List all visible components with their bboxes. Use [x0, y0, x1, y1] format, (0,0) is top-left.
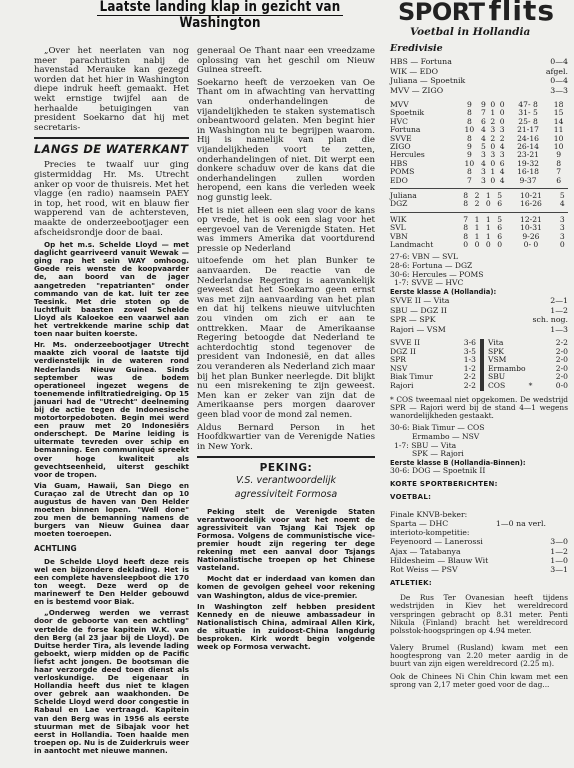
- match: Feyenoord — Lanerossi: [390, 537, 483, 546]
- eredivisie-results: HBS — Fortuna0—4 WIK — EDOafgel. Juliana…: [390, 57, 568, 95]
- match: HBS — Fortuna: [390, 57, 452, 66]
- score: 2-2: [464, 382, 476, 391]
- standings-goals: 16-26: [505, 200, 556, 208]
- peking-subtitle-1: V.S. verantwoordelijk: [197, 474, 375, 488]
- paragraph: Peking stelt de Verenigde Staten verantw…: [197, 508, 375, 573]
- standings-pts: 4: [557, 200, 568, 208]
- korte-sportberichten-title: KORTE SPORTBERICHTEN:: [390, 480, 568, 489]
- standings-row: EDO73049-376: [390, 177, 568, 185]
- score: 0-0: [556, 382, 568, 391]
- paragraph: Hr. Ms. onderzeebootjager Utrecht maakte…: [34, 341, 189, 479]
- paragraph: De Rus Ter Ovanesian heeft tijdens wedst…: [390, 594, 568, 635]
- standings-table: MVV990047- 818Spoetnik871031- 515HVC8620…: [390, 101, 568, 185]
- standings-p: 0: [460, 241, 471, 249]
- standings-d: 0: [488, 177, 497, 185]
- result-row: Ajax — Tatabanya1—2: [390, 547, 568, 556]
- column-bar: [480, 339, 484, 391]
- atletiek-title: ATLETIEK:: [390, 579, 568, 588]
- score: afgel.: [546, 67, 568, 76]
- result-row: MVV — ZIGO3—3: [390, 86, 568, 95]
- result-row: SBU — DGZ II1—2: [390, 306, 568, 315]
- match: WIK — EDO: [390, 67, 438, 76]
- result-row: HBS — Fortuna0—4: [390, 57, 568, 66]
- match: SBU — DGZ II: [390, 306, 447, 315]
- match: SVVE II — Vita: [390, 296, 449, 305]
- standings-row: SVL811610-313: [390, 224, 568, 232]
- sport-logo-big: flits: [489, 0, 555, 27]
- result-row: Juliana — Spoetnik0—4: [390, 76, 568, 85]
- intertoto-label: interioto-kompetitie:: [390, 529, 568, 538]
- klasse-a-fixtures: 30-6: Biak Timur — COS Ermambo — NSV 1-7…: [390, 424, 568, 476]
- standings-row: HBS1040619-328: [390, 160, 568, 168]
- section-heading-waterkant: LANGS DE WATERKANT: [34, 142, 189, 156]
- team: Rajori: [390, 382, 413, 391]
- score: 1—3: [550, 325, 568, 334]
- match: Ajax — Tatabanya: [390, 547, 461, 556]
- paragraph: „Onderweg werden we verrast door de gebo…: [34, 609, 189, 755]
- match: Rajori — VSM: [390, 325, 446, 334]
- team: COS: [488, 382, 505, 391]
- paragraph: Ook de Chinees Ni Chin Chin kwam met een…: [390, 673, 568, 690]
- score: 3—1: [550, 565, 568, 574]
- peking-title: PEKING:: [197, 464, 375, 473]
- eredivisie-title: Eredivisie: [390, 44, 568, 53]
- score: 1—0 na verl.: [496, 519, 546, 528]
- divider: [197, 456, 375, 458]
- paragraph: Soekarno heeft de verzoeken van Oe Thant…: [197, 79, 375, 204]
- sport-section-title: Voetbal in Hollandia: [410, 26, 530, 38]
- match: Juliana — Spoetnik: [390, 76, 465, 85]
- divider: [390, 212, 568, 213]
- cos-note: * COS tweemaal niet opgekomen. De wedstr…: [390, 396, 568, 421]
- fixture: 1-7: SVVE — HVC: [390, 279, 568, 288]
- sport-logo: SPORTflits: [398, 0, 568, 27]
- standings-p: 7: [460, 177, 479, 185]
- result-row: SVVE II — Vita2—1: [390, 296, 568, 305]
- fixture: SPK — Rajori: [390, 450, 568, 459]
- klasse-a-standings: SVVE II3-6DGZ II3-5SPR1-3NSV1-2Biak Timu…: [390, 339, 568, 391]
- paragraph: Op het m.s. Schelde Lloyd — met daglicht…: [34, 241, 189, 338]
- standings-d: 0: [483, 200, 494, 208]
- match: Rot Weiss — PSV: [390, 565, 458, 574]
- paragraph: Via Guam, Hawaii, San Diego en Curaçao z…: [34, 482, 189, 539]
- standings-row: Fortuna1043321-1711: [390, 126, 568, 134]
- peking-subtitle-2: agressiviteit Formosa: [197, 488, 375, 502]
- standings-p: 8: [460, 200, 471, 208]
- standings-table: WIK711512-213SVL811610-313VBN81169-263La…: [390, 216, 568, 250]
- standings-row: Spoetnik871031- 515: [390, 109, 568, 117]
- standings-goals: 9-37: [507, 177, 549, 185]
- result-row: Rot Weiss — PSV3—1: [390, 565, 568, 574]
- sport-logo-small: SPORT: [398, 0, 485, 26]
- result-row: SPR — SPKsch. nog.: [390, 315, 568, 324]
- standings-team: DGZ: [390, 200, 460, 208]
- score: 3—0: [550, 537, 568, 546]
- standings-pts: 0: [557, 241, 568, 249]
- fixtures-list: 27-6: VBN — SVL 28-6: Fortuna — DGZ 30-6…: [390, 253, 568, 334]
- match: MVV — ZIGO: [390, 86, 443, 95]
- score: 0—4: [550, 76, 568, 85]
- left-column: „Over het neerlaten van nog meer parachu…: [34, 47, 189, 758]
- paragraph: Het is niet alleen een slag voor de kans…: [197, 207, 375, 255]
- middle-column: generaal Oe Thant naar een vreedzame opl…: [197, 47, 375, 654]
- paragraph: uitoefende om het plan Bunker te aanvaar…: [197, 257, 375, 420]
- standings-pts: 6: [549, 177, 568, 185]
- headline-line-2: Washington: [179, 15, 260, 31]
- score: 0—4: [550, 57, 568, 66]
- klasse-a-title: Eerste klasse A (Hollandia):: [390, 288, 568, 297]
- klasse-a-left: SVVE II3-6DGZ II3-5SPR1-3NSV1-2Biak Timu…: [390, 339, 476, 391]
- score: 1—0: [550, 556, 568, 565]
- standings-d: 0: [483, 241, 494, 249]
- score: 1—2: [550, 306, 568, 315]
- standings-w: 3: [479, 177, 488, 185]
- standings-row: COS*0-0: [488, 382, 568, 391]
- standings-l: 4: [497, 177, 506, 185]
- right-column: Eredivisie HBS — Fortuna0—4 WIK — EDOafg…: [390, 44, 568, 693]
- intro-paragraph: „Over het neerlaten van nog meer parachu…: [34, 47, 189, 133]
- score: 2—1: [550, 296, 568, 305]
- standings-l: 0: [494, 241, 505, 249]
- standings-row: Rajori2-2: [390, 382, 476, 391]
- voetbal-title: VOETBAL:: [390, 493, 568, 502]
- result-row: Hildesheim — Blauw Wit1—0: [390, 556, 568, 565]
- standings-goals: 0- 0: [505, 241, 556, 249]
- standings-w: 2: [471, 200, 482, 208]
- standings-row: DGZ820616-264: [390, 200, 568, 208]
- section-heading-achtling: ACHTLING: [34, 544, 189, 553]
- standings-table: Juliana821510-215DGZ820616-264: [390, 192, 568, 209]
- standings-row: POMS831416-187: [390, 168, 568, 176]
- score: sch. nog.: [532, 315, 568, 324]
- klasse-a-right: Vita2-2SPK2-0VSM2-0Ermambo2-0SBU2-0COS*0…: [488, 339, 568, 391]
- paragraph: Valery Brumel (Rusland) kwam met een hoo…: [390, 644, 568, 669]
- score: 1—2: [550, 547, 568, 556]
- standings-l: 6: [494, 200, 505, 208]
- divider: [390, 188, 568, 189]
- standings-team: Landmacht: [390, 241, 460, 249]
- newspaper-page: Laatste landing klap in gezicht van Wash…: [0, 0, 574, 768]
- paragraph: Aldus Bernard Person in het Hoofdkwartie…: [197, 424, 375, 453]
- standings-row: Hercules933323-219: [390, 151, 568, 159]
- cup-results: Finale KNVB-beker: Sparta — DHC1—0 na ve…: [390, 511, 568, 575]
- finale-label: Finale KNVB-beker:: [390, 511, 568, 520]
- match: Hildesheim — Blauw Wit: [390, 556, 488, 565]
- score: 3—3: [550, 86, 568, 95]
- headline-line-1: Laatste landing klap in gezicht van: [97, 0, 343, 16]
- result-row: Rajori — VSM1—3: [390, 325, 568, 334]
- mark: *: [529, 382, 533, 391]
- peking-heading: PEKING: V.S. verantwoordelijk agressivit…: [197, 464, 375, 501]
- lead-paragraph: Precies te twaalf uur ging gistermiddag …: [34, 161, 189, 238]
- divider: [34, 137, 189, 139]
- paragraph: Mocht dat er inderdaad van komen dan kom…: [197, 575, 375, 599]
- paragraph: In Washington zelf hebben president Kenn…: [197, 603, 375, 652]
- standings-w: 0: [471, 241, 482, 249]
- paragraph: generaal Oe Thant naar een vreedzame opl…: [197, 47, 375, 76]
- result-row: Feyenoord — Lanerossi3—0: [390, 537, 568, 546]
- fixture: 30-6: DOG — Spoetnik II: [390, 467, 568, 476]
- main-headline: Laatste landing klap in gezicht van Wash…: [97, 0, 343, 31]
- standings-team: EDO: [390, 177, 460, 185]
- result-row: WIK — EDOafgel.: [390, 67, 568, 76]
- paragraph: De Schelde Lloyd heeft deze reis wel een…: [34, 558, 189, 607]
- match: SPR — SPK: [390, 315, 436, 324]
- standings-row: SVVE842224-1610: [390, 135, 568, 143]
- standings-row: Landmacht00000- 00: [390, 241, 568, 249]
